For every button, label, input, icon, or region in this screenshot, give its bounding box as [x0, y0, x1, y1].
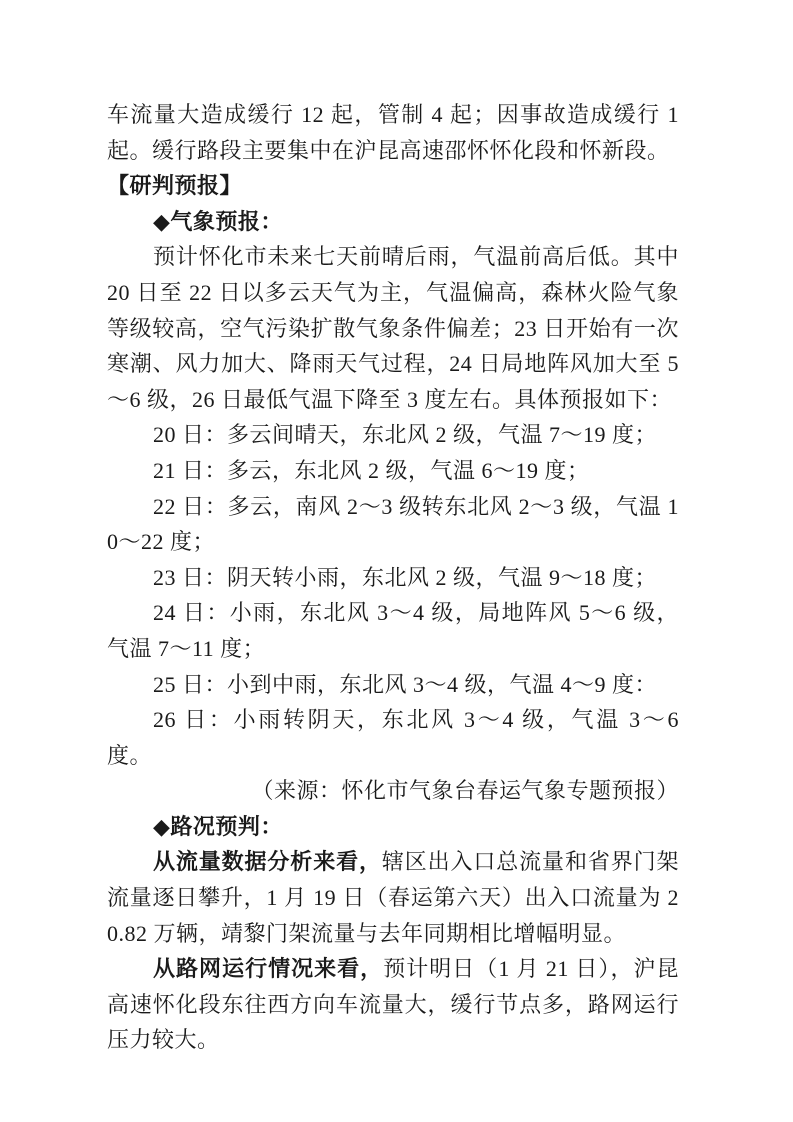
section-heading: 【研判预报】	[107, 168, 679, 204]
weather-summary: 预计怀化市未来七天前晴后雨，气温前高后低。其中 20 日至 22 日以多云天气为…	[107, 239, 679, 417]
forecast-line-day24: 24 日：小雨，东北风 3～4 级，局地阵风 5～6 级，气温 7～11 度；	[107, 595, 679, 666]
forecast-line-day22: 22 日：多云，南风 2～3 级转东北风 2～3 级，气温 10～22 度；	[107, 489, 679, 560]
network-status-lead: 从路网运行情况来看，	[153, 956, 383, 981]
road-heading: ◆路况预判：	[107, 809, 679, 845]
flow-analysis-paragraph: 从流量数据分析来看，辖区出入口总流量和省界门架流量逐日攀升，1 月 19 日（春…	[107, 844, 679, 951]
intro-paragraph: 车流量大造成缓行 12 起，管制 4 起；因事故造成缓行 1 起。缓行路段主要集…	[107, 97, 679, 168]
flow-analysis-lead: 从流量数据分析来看，	[153, 849, 382, 874]
source-line: （来源：怀化市气象台春运气象专题预报）	[107, 773, 679, 809]
forecast-line-day20: 20 日：多云间晴天，东北风 2 级，气温 7～19 度；	[107, 417, 679, 453]
forecast-line-day21: 21 日：多云，东北风 2 级，气温 6～19 度；	[107, 453, 679, 489]
document-page: 车流量大造成缓行 12 起，管制 4 起；因事故造成缓行 1 起。缓行路段主要集…	[0, 0, 793, 1122]
network-status-paragraph: 从路网运行情况来看，预计明日（1 月 21 日），沪昆高速怀化段东往西方向车流量…	[107, 951, 679, 1058]
forecast-line-day26: 26 日：小雨转阴天，东北风 3～4 级，气温 3～6 度。	[107, 702, 679, 773]
forecast-line-day23: 23 日：阴天转小雨，东北风 2 级，气温 9～18 度；	[107, 560, 679, 596]
weather-heading: ◆气象预报：	[107, 204, 679, 240]
forecast-line-day25: 25 日：小到中雨，东北风 3～4 级，气温 4～9 度：	[107, 667, 679, 703]
